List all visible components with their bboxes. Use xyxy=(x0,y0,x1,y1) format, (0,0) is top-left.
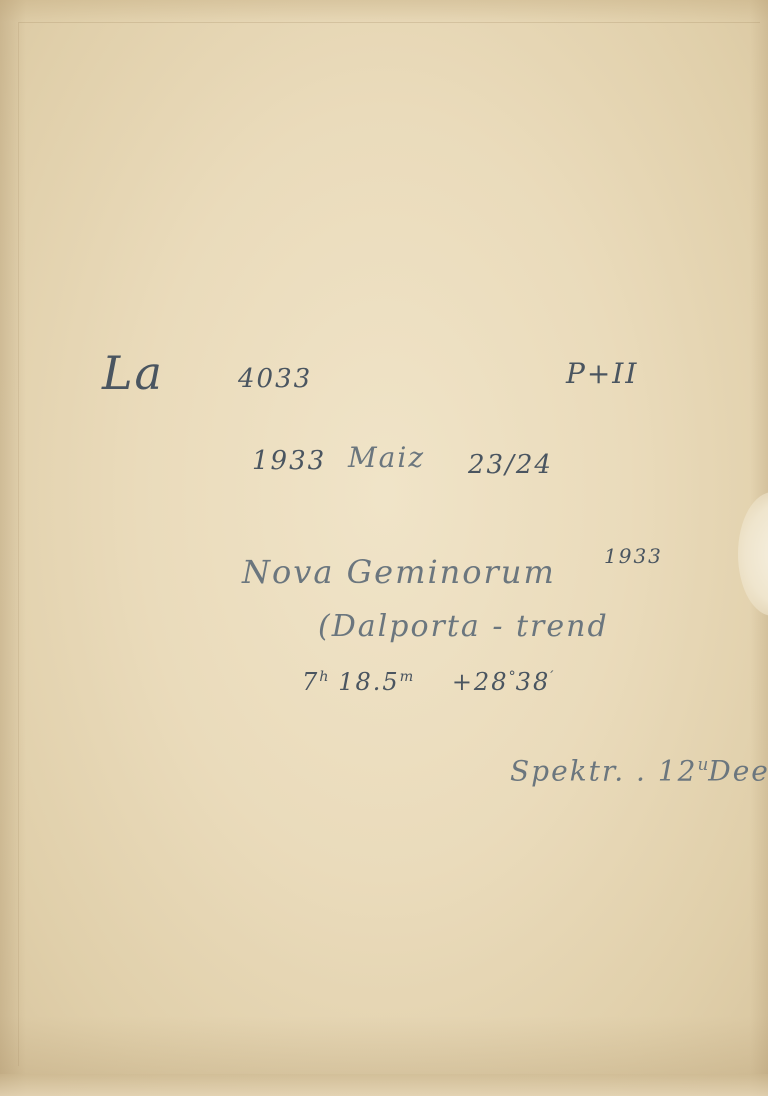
ra-hours-unit: h xyxy=(319,669,328,685)
dec-degree-unit: ° xyxy=(508,669,515,685)
dec-minutes: 38 xyxy=(516,668,551,696)
bottom-fold xyxy=(0,1074,768,1096)
plate-code: P+II xyxy=(566,360,638,388)
date-month: Maiz xyxy=(348,444,425,472)
date-days: 23/24 xyxy=(468,452,553,478)
plate-prefix: La xyxy=(102,350,164,396)
spectrum-label: Spektr. xyxy=(510,754,625,787)
observation-note: (Dalporta - trend xyxy=(318,612,609,642)
plate-number: 4033 xyxy=(238,366,312,392)
exposure-label: Deel xyxy=(708,754,768,787)
plate-sleeve: La 4033 P+II 1933 Maiz 23/24 Nova Gemino… xyxy=(0,0,768,1096)
coordinates: 7h 18.5m +28°38′ xyxy=(302,670,554,694)
object-name: Nova Geminorum xyxy=(242,556,556,588)
spectrum-separator: . xyxy=(636,754,647,787)
dec-minutes-unit: ′ xyxy=(550,669,553,685)
ra-minutes: 18.5 xyxy=(338,668,399,696)
exposure-unit: u xyxy=(697,754,708,774)
object-year: 1933 xyxy=(604,546,663,566)
ra-minutes-unit: m xyxy=(400,669,414,685)
date-year: 1933 xyxy=(252,448,326,474)
exposure-value: 12 xyxy=(658,754,698,787)
spectrum-line: Spektr. . 12uDeel xyxy=(510,756,768,785)
ra-hours: 7 xyxy=(302,668,319,696)
dec-degrees: +28 xyxy=(452,668,509,696)
